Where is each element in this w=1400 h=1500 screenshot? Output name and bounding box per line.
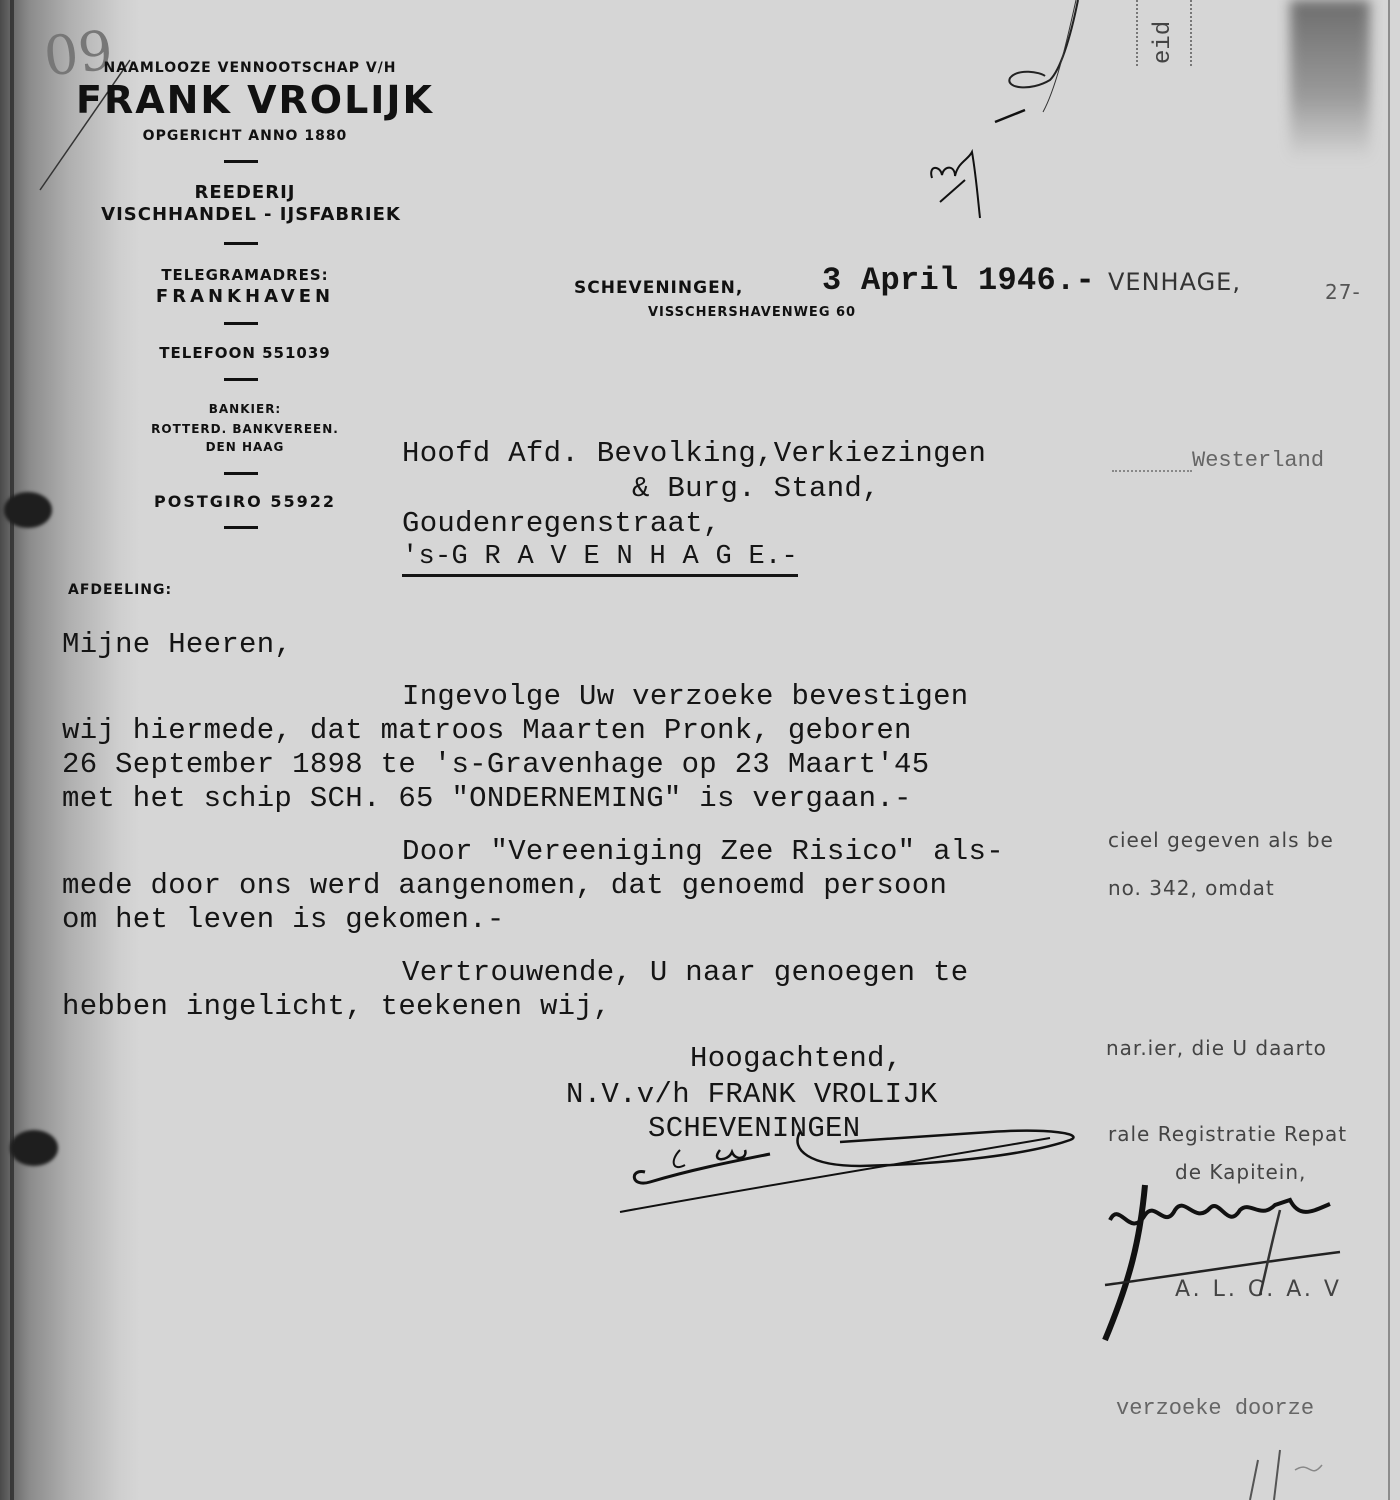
postgiro: POSTGIRO 55922 [110, 492, 380, 511]
company-form: NAAMLOOZE VENNOOTSCHAP V/H [70, 60, 430, 76]
paragraph-1-line-2: wij hiermede, dat matroos Maarten Pronk,… [62, 714, 912, 747]
signature [610, 1110, 1090, 1220]
divider [224, 322, 258, 325]
underlying-signature [1100, 1180, 1380, 1380]
telegram-label: TELEGRAMADRES: [120, 266, 370, 284]
founded-year: OPGERICHT ANNO 1880 [120, 128, 370, 144]
dotted-leader [1112, 470, 1192, 472]
underlying-line-c: nar.ier, die U daarto [1106, 1036, 1327, 1060]
underlying-date: 27- [1325, 280, 1361, 304]
business-line-1: REEDERIJ [140, 182, 350, 203]
underlying-line-a: cieel gegeven als be [1108, 828, 1334, 852]
recipient-city: 's-G R A V E N H A G E.- [402, 542, 798, 577]
underlying-line-f: verzoeke doorze [1116, 1396, 1314, 1421]
underlying-city: VENHAGE, [1108, 268, 1241, 296]
scan-edge-line [10, 0, 14, 1500]
dateline-place: SCHEVENINGEN, [574, 278, 743, 298]
department-label: AFDEELING: [68, 582, 172, 598]
paragraph-2-line-2: mede door ons werd aangenomen, dat genoe… [62, 869, 947, 902]
telephone: TELEFOON 551039 [120, 344, 370, 362]
closing-company: N.V.v/h FRANK VROLIJK [566, 1078, 938, 1111]
divider [224, 378, 258, 381]
filing-tab-label: eid [1150, 21, 1177, 64]
underlying-line-b: no. 342, omdat [1108, 876, 1275, 900]
underlying-westerland: Westerland [1192, 448, 1324, 473]
telegram-address: FRANKHAVEN [120, 286, 370, 307]
paragraph-3-line-1: Vertrouwende, U naar genoegen te [402, 956, 969, 989]
underlying-line-d: rale Registratie Repat [1108, 1122, 1347, 1146]
bank-label: BANKIER: [140, 402, 350, 416]
letter-date: 3 April 1946.- [822, 262, 1095, 299]
paragraph-1-line-1: Ingevolge Uw verzoeke bevestigen [402, 680, 969, 713]
bank-name: ROTTERD. BANKVEREEN. [110, 422, 380, 436]
divider [224, 472, 258, 475]
underlying-handwriting-fragment [1240, 1450, 1340, 1500]
page-border-right [1388, 0, 1390, 1500]
bank-city: DEN HAAG [140, 440, 350, 454]
paragraph-2-line-3: om het leven is gekomen.- [62, 903, 505, 936]
salutation: Mijne Heeren, [62, 628, 292, 661]
divider [224, 242, 258, 245]
punch-hole-bottom [10, 1130, 58, 1166]
handwritten-initials [900, 0, 1080, 230]
recipient-line-3: Goudenregenstraat, [402, 507, 721, 540]
punch-hole-top [4, 492, 52, 528]
divider [224, 160, 258, 163]
dateline-street: VISSCHERSHAVENWEG 60 [648, 305, 856, 320]
closing-greeting: Hoogachtend, [690, 1042, 902, 1075]
recipient-line-2: & Burg. Stand, [632, 472, 880, 505]
scan-shadow-right [1290, 0, 1370, 160]
paragraph-1-line-3: 26 September 1898 te 's-Gravenhage op 23… [62, 748, 929, 781]
recipient-line-1: Hoofd Afd. Bevolking,Verkiezingen [402, 437, 986, 470]
company-name: FRANK VROLIJK [40, 78, 470, 122]
business-line-2: VISCHHANDEL - IJSFABRIEK [36, 204, 466, 225]
paragraph-3-line-2: hebben ingelicht, teekenen wij, [62, 990, 611, 1023]
paragraph-1-line-4: met het schip SCH. 65 "ONDERNEMING" is v… [62, 782, 912, 815]
divider [224, 526, 258, 529]
paragraph-2-line-1: Door "Vereeniging Zee Risico" als- [402, 835, 1004, 868]
